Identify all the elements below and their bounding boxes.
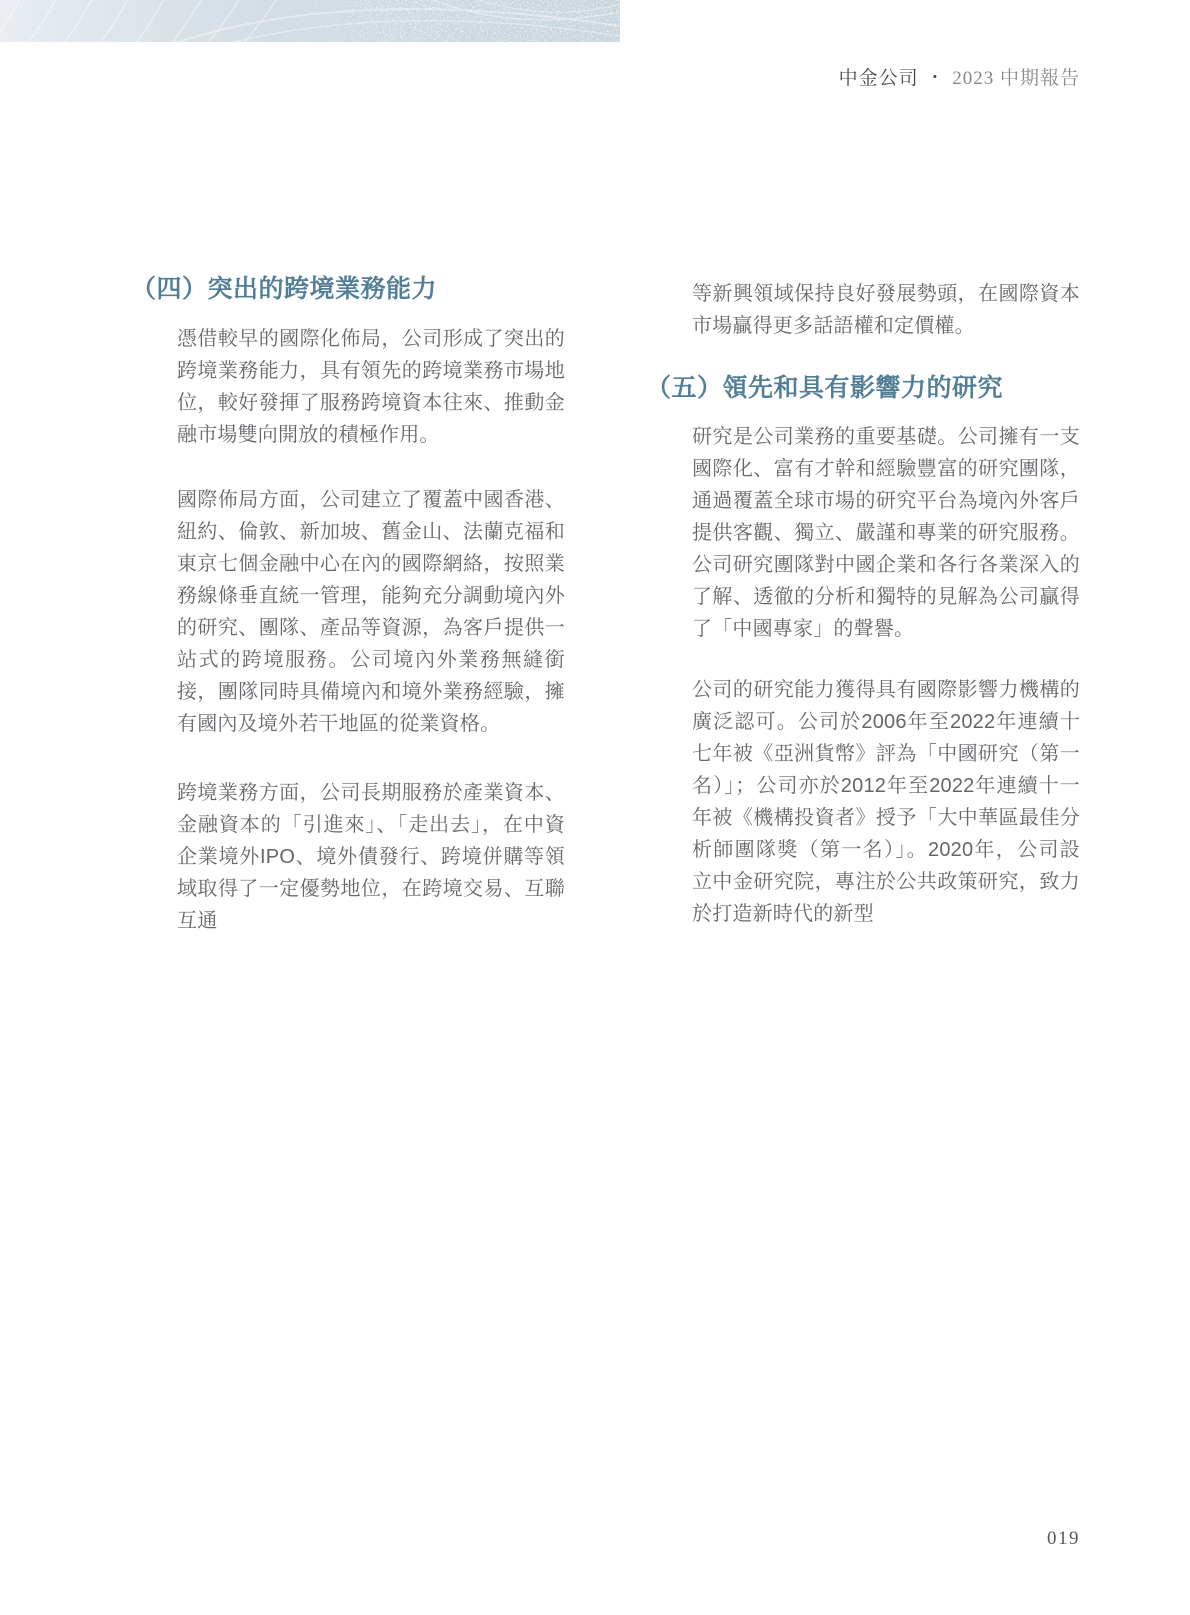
page-header: 中金公司 • 2023 中期報告: [839, 63, 1080, 90]
body-paragraph: 跨境業務方面，公司長期服務於產業資本、金融資本的「引進來」、「走出去」，在中資企…: [131, 777, 565, 937]
section-heading-four: （四）突出的跨境業務能力: [131, 272, 565, 306]
report-title: 2023 中期報告: [952, 63, 1080, 90]
body-paragraph: 憑借較早的國際化佈局，公司形成了突出的跨境業務能力，具有領先的跨境業務市場地位，…: [131, 323, 565, 451]
body-paragraph: 公司的研究能力獲得具有國際影響力機構的廣泛認可。公司於2006年至2022年連續…: [646, 674, 1080, 930]
top-decoration-band: [0, 0, 620, 42]
section-heading-five: （五）領先和具有影響力的研究: [646, 371, 1080, 405]
body-paragraph: 國際佈局方面，公司建立了覆蓋中國香港、紐約、倫敦、新加坡、舊金山、法蘭克福和東京…: [131, 484, 565, 740]
band-texture-graphic: [0, 0, 620, 42]
header-separator-dot: •: [933, 69, 939, 85]
company-name: 中金公司: [839, 63, 919, 90]
right-column: 等新興領域保持良好發展勢頭，在國際資本市場贏得更多話語權和定價權。 （五）領先和…: [646, 272, 1080, 930]
body-paragraph-continuation: 等新興領域保持良好發展勢頭，在國際資本市場贏得更多話語權和定價權。: [646, 278, 1080, 342]
body-paragraph: 研究是公司業務的重要基礎。公司擁有一支國際化、富有才幹和經驗豐富的研究團隊，通過…: [646, 421, 1080, 645]
report-page: 中金公司 • 2023 中期報告 （四）突出的跨境業務能力 憑借較早的國際化佈局…: [0, 0, 1190, 1615]
left-column: （四）突出的跨境業務能力 憑借較早的國際化佈局，公司形成了突出的跨境業務能力，具…: [131, 272, 565, 937]
page-number: 019: [1047, 1528, 1080, 1550]
